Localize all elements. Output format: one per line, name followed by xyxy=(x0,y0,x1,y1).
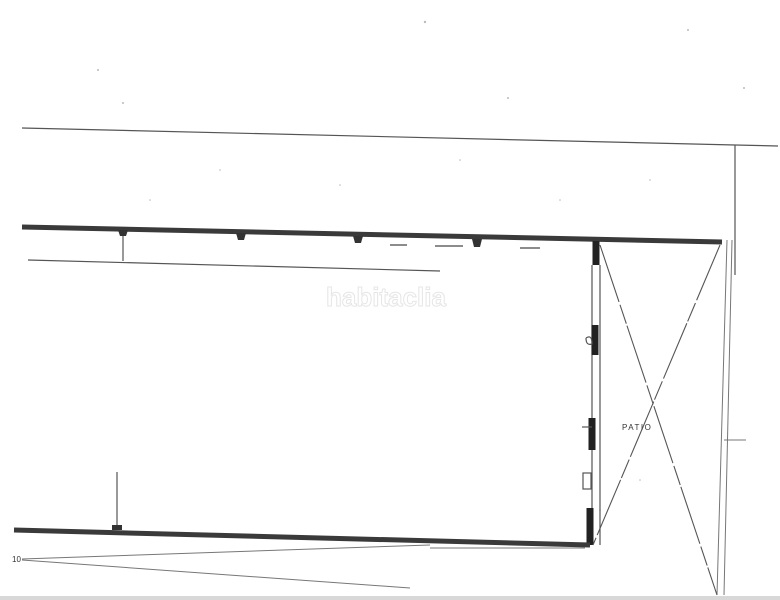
watermark-logo: habitaclia xyxy=(326,282,446,312)
scan-noise xyxy=(97,21,745,511)
floor-plan-drawing: PATIO 10 habitaclia xyxy=(0,0,780,600)
property-boundary xyxy=(22,128,778,595)
patio-area: PATIO xyxy=(593,245,720,595)
door-fixtures xyxy=(582,337,592,489)
patio-label: PATIO xyxy=(622,423,652,432)
marker-label: 10 xyxy=(12,555,21,564)
bottom-edge xyxy=(0,596,780,600)
